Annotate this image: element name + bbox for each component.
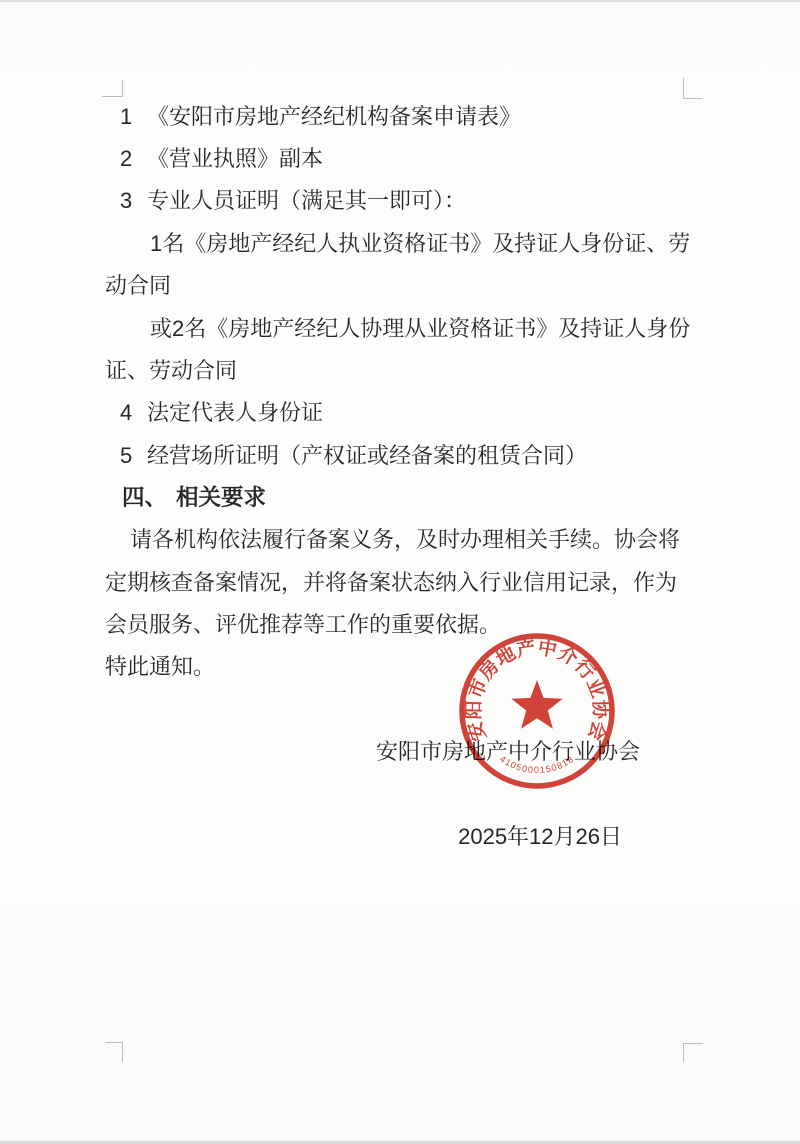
- list-item-number: 4: [120, 392, 147, 434]
- date-line: 2025年12月26日: [105, 816, 690, 858]
- list-item: 2《营业执照》副本: [105, 138, 690, 180]
- crop-mark-top-left-icon: [102, 80, 123, 97]
- list-item-text: 《营业执照》副本: [147, 146, 323, 171]
- list-sub-line: 或2名《房地产经纪人协理从业资格证书》及持证人身份: [105, 308, 690, 350]
- section-heading-title: 相关要求: [176, 485, 266, 510]
- crop-mark-bottom-left-icon: [105, 1042, 123, 1062]
- list-item-text: 法定代表人身份证: [147, 400, 323, 425]
- list-item-number: 2: [120, 138, 147, 180]
- crop-mark-bottom-right-icon: [683, 1043, 703, 1062]
- scan-edge-top: [0, 0, 800, 2]
- list-sub-line: 证、劳动合同: [105, 350, 690, 392]
- list-item-text: 经营场所证明（产权证或经备案的租赁合同）: [147, 443, 587, 468]
- list-item-number: 3: [120, 180, 147, 222]
- list-item-number: 5: [120, 435, 147, 477]
- list-sub-line: 动合同: [105, 265, 690, 307]
- paragraph-line: 定期核查备案情况，并将备案状态纳入行业信用记录，作为: [105, 562, 690, 604]
- seal-star-icon: [511, 680, 562, 729]
- svg-text:4105000150818: 4105000150818: [498, 754, 576, 775]
- section-heading-number: 四、: [122, 485, 167, 510]
- list-item: 4法定代表人身份证: [105, 392, 690, 434]
- list-item-text: 《安阳市房地产经纪机构备案申请表》: [147, 104, 521, 129]
- paragraph-line: 请各机构依法履行备案义务，及时办理相关手续。协会将: [105, 519, 690, 561]
- list-item: 5经营场所证明（产权证或经备案的租赁合同）: [105, 435, 690, 477]
- list-item-number: 1: [120, 96, 147, 138]
- document-page: 1《安阳市房地产经纪机构备案申请表》 2《营业执照》副本 3专业人员证明（满足其…: [0, 0, 800, 1144]
- list-item-text: 专业人员证明（满足其一即可）：: [147, 188, 466, 213]
- official-seal: 安阳市房地产中介行业协会 4105000150818: [456, 630, 618, 792]
- seal-code: 4105000150818: [498, 754, 576, 775]
- list-item: 1《安阳市房地产经纪机构备案申请表》: [105, 96, 690, 138]
- section-heading: 四、相关要求: [105, 477, 690, 519]
- list-item: 3专业人员证明（满足其一即可）：: [105, 180, 690, 222]
- list-sub-line: 1名《房地产经纪人执业资格证书》及持证人身份证、劳: [105, 223, 690, 265]
